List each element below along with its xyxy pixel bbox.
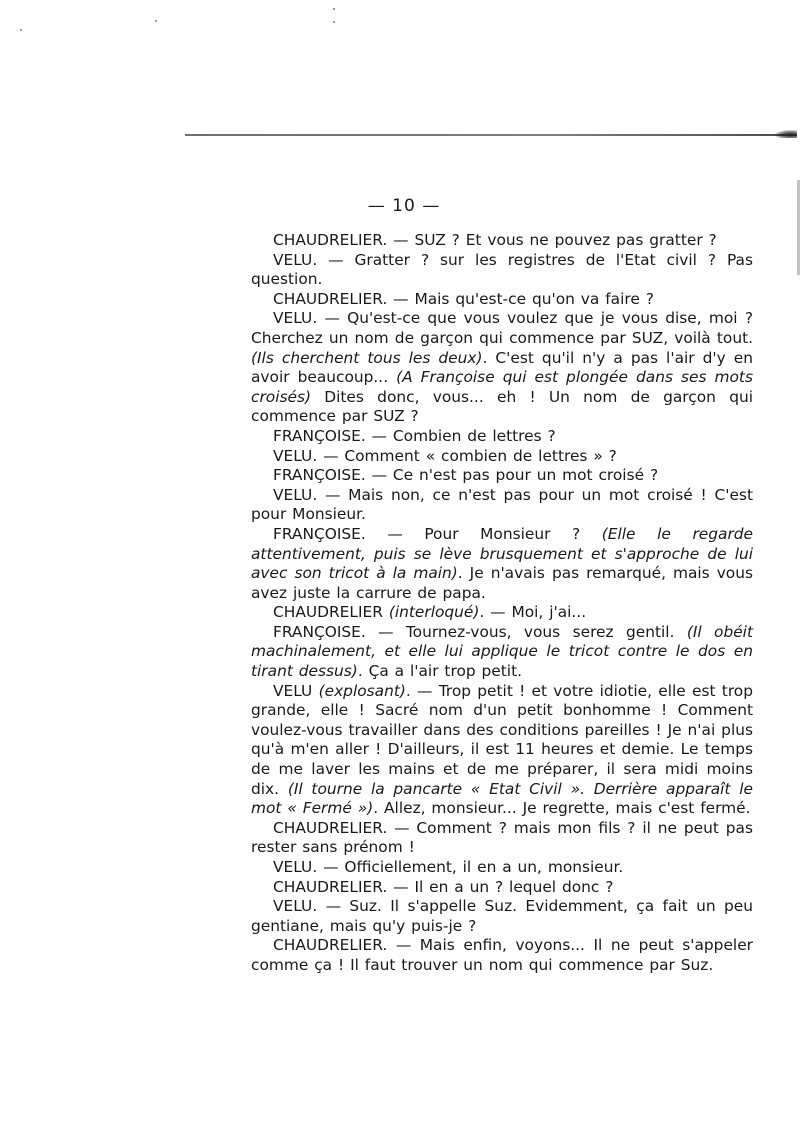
speaker-name: FRANÇOISE. <box>273 525 366 543</box>
dialogue-text: . — Moi, j'ai... <box>479 603 586 621</box>
play-text: CHAUDRELIER. — SUZ ? Et vous ne pouvez p… <box>251 231 753 976</box>
scan-speck <box>155 20 157 22</box>
speaker-name: VELU. <box>273 309 317 327</box>
speaker-name: VELU. <box>273 858 317 876</box>
dialogue-paragraph: VELU. — Mais non, ce n'est pas pour un m… <box>251 486 753 525</box>
dialogue-text: — Gratter ? sur les registres de l'Etat … <box>251 251 753 289</box>
dialogue-paragraph: VELU. — Qu'est-ce que vous voulez que je… <box>251 309 753 427</box>
dialogue-text: — Pour Monsieur ? <box>366 525 602 543</box>
dialogue-text: — Comment « combien de lettres » ? <box>317 447 617 465</box>
speaker-name: VELU. <box>273 251 317 269</box>
dialogue-text: — Mais non, ce n'est pas pour un mot cro… <box>251 486 753 524</box>
dialogue-paragraph: FRANÇOISE. — Tournez-vous, vous serez ge… <box>251 623 753 682</box>
page-number: — 10 — <box>0 196 800 216</box>
rule-ink-smudge <box>775 130 797 138</box>
speaker-name: CHAUDRELIER. <box>273 936 387 954</box>
scan-speck <box>333 21 335 23</box>
dialogue-text: — Ce n'est pas pour un mot croisé ? <box>366 466 658 484</box>
header-rule <box>185 134 797 136</box>
speaker-name: CHAUDRELIER. <box>273 819 387 837</box>
dialogue-paragraph: VELU (explosant). — Trop petit ! et votr… <box>251 682 753 819</box>
speaker-name: VELU <box>273 682 312 700</box>
stage-direction: (interloqué) <box>389 603 480 621</box>
dialogue-text: — Combien de lettres ? <box>366 427 556 445</box>
dialogue-paragraph: CHAUDRELIER. — Mais qu'est-ce qu'on va f… <box>251 290 753 310</box>
dialogue-paragraph: VELU. — Comment « combien de lettres » ? <box>251 447 753 467</box>
speaker-name: VELU. <box>273 897 317 915</box>
dialogue-text: — Officiellement, il en a un, monsieur. <box>317 858 623 876</box>
speaker-name: CHAUDRELIER. <box>273 290 387 308</box>
dialogue-paragraph: CHAUDRELIER. — SUZ ? Et vous ne pouvez p… <box>251 231 753 251</box>
dialogue-paragraph: VELU. — Suz. Il s'appelle Suz. Evidemmen… <box>251 897 753 936</box>
dialogue-text: Dites donc, vous... eh ! Un nom de garço… <box>251 388 753 426</box>
dialogue-paragraph: FRANÇOISE. — Ce n'est pas pour un mot cr… <box>251 466 753 486</box>
dialogue-text: — Tournez-vous, vous serez gentil. <box>366 623 687 641</box>
dialogue-paragraph: FRANÇOISE. — Combien de lettres ? <box>251 427 753 447</box>
speaker-name: FRANÇOISE. <box>273 623 366 641</box>
dialogue-paragraph: CHAUDRELIER. — Mais enfin, voyons... Il … <box>251 936 753 975</box>
speaker-name: FRANÇOISE. <box>273 427 366 445</box>
speaker-name: FRANÇOISE. <box>273 466 366 484</box>
dialogue-text: . Allez, monsieur... Je regrette, mais c… <box>373 799 750 817</box>
dialogue-paragraph: CHAUDRELIER. — Comment ? mais mon fils ?… <box>251 819 753 858</box>
dialogue-paragraph: CHAUDRELIER. — Il en a un ? lequel donc … <box>251 878 753 898</box>
dialogue-text: — Il en a un ? lequel donc ? <box>387 878 613 896</box>
speaker-name: CHAUDRELIER. <box>273 878 387 896</box>
dialogue-text: — Qu'est-ce que vous voulez que je vous … <box>251 309 753 347</box>
dialogue-text: . Ça a l'air trop petit. <box>358 662 522 680</box>
scan-speck <box>333 8 335 10</box>
dialogue-paragraph: VELU. — Gratter ? sur les registres de l… <box>251 251 753 290</box>
speaker-name: CHAUDRELIER. <box>273 231 387 249</box>
dialogue-paragraph: FRANÇOISE. — Pour Monsieur ? (Elle le re… <box>251 525 753 603</box>
dialogue-text: — SUZ ? Et vous ne pouvez pas gratter ? <box>387 231 716 249</box>
stage-direction: (Ils cherchent tous les deux) <box>251 349 483 367</box>
speaker-name: VELU. <box>273 447 317 465</box>
stage-direction: (explosant) <box>319 682 406 700</box>
dialogue-paragraph: VELU. — Officiellement, il en a un, mons… <box>251 858 753 878</box>
scan-speck <box>20 29 22 31</box>
dialogue-paragraph: CHAUDRELIER (interloqué). — Moi, j'ai... <box>251 603 753 623</box>
dialogue-text: — Mais qu'est-ce qu'on va faire ? <box>387 290 654 308</box>
speaker-name: VELU. <box>273 486 317 504</box>
dialogue-text: — Suz. Il s'appelle Suz. Evidemment, ça … <box>251 897 753 935</box>
speaker-name: CHAUDRELIER <box>273 603 383 621</box>
